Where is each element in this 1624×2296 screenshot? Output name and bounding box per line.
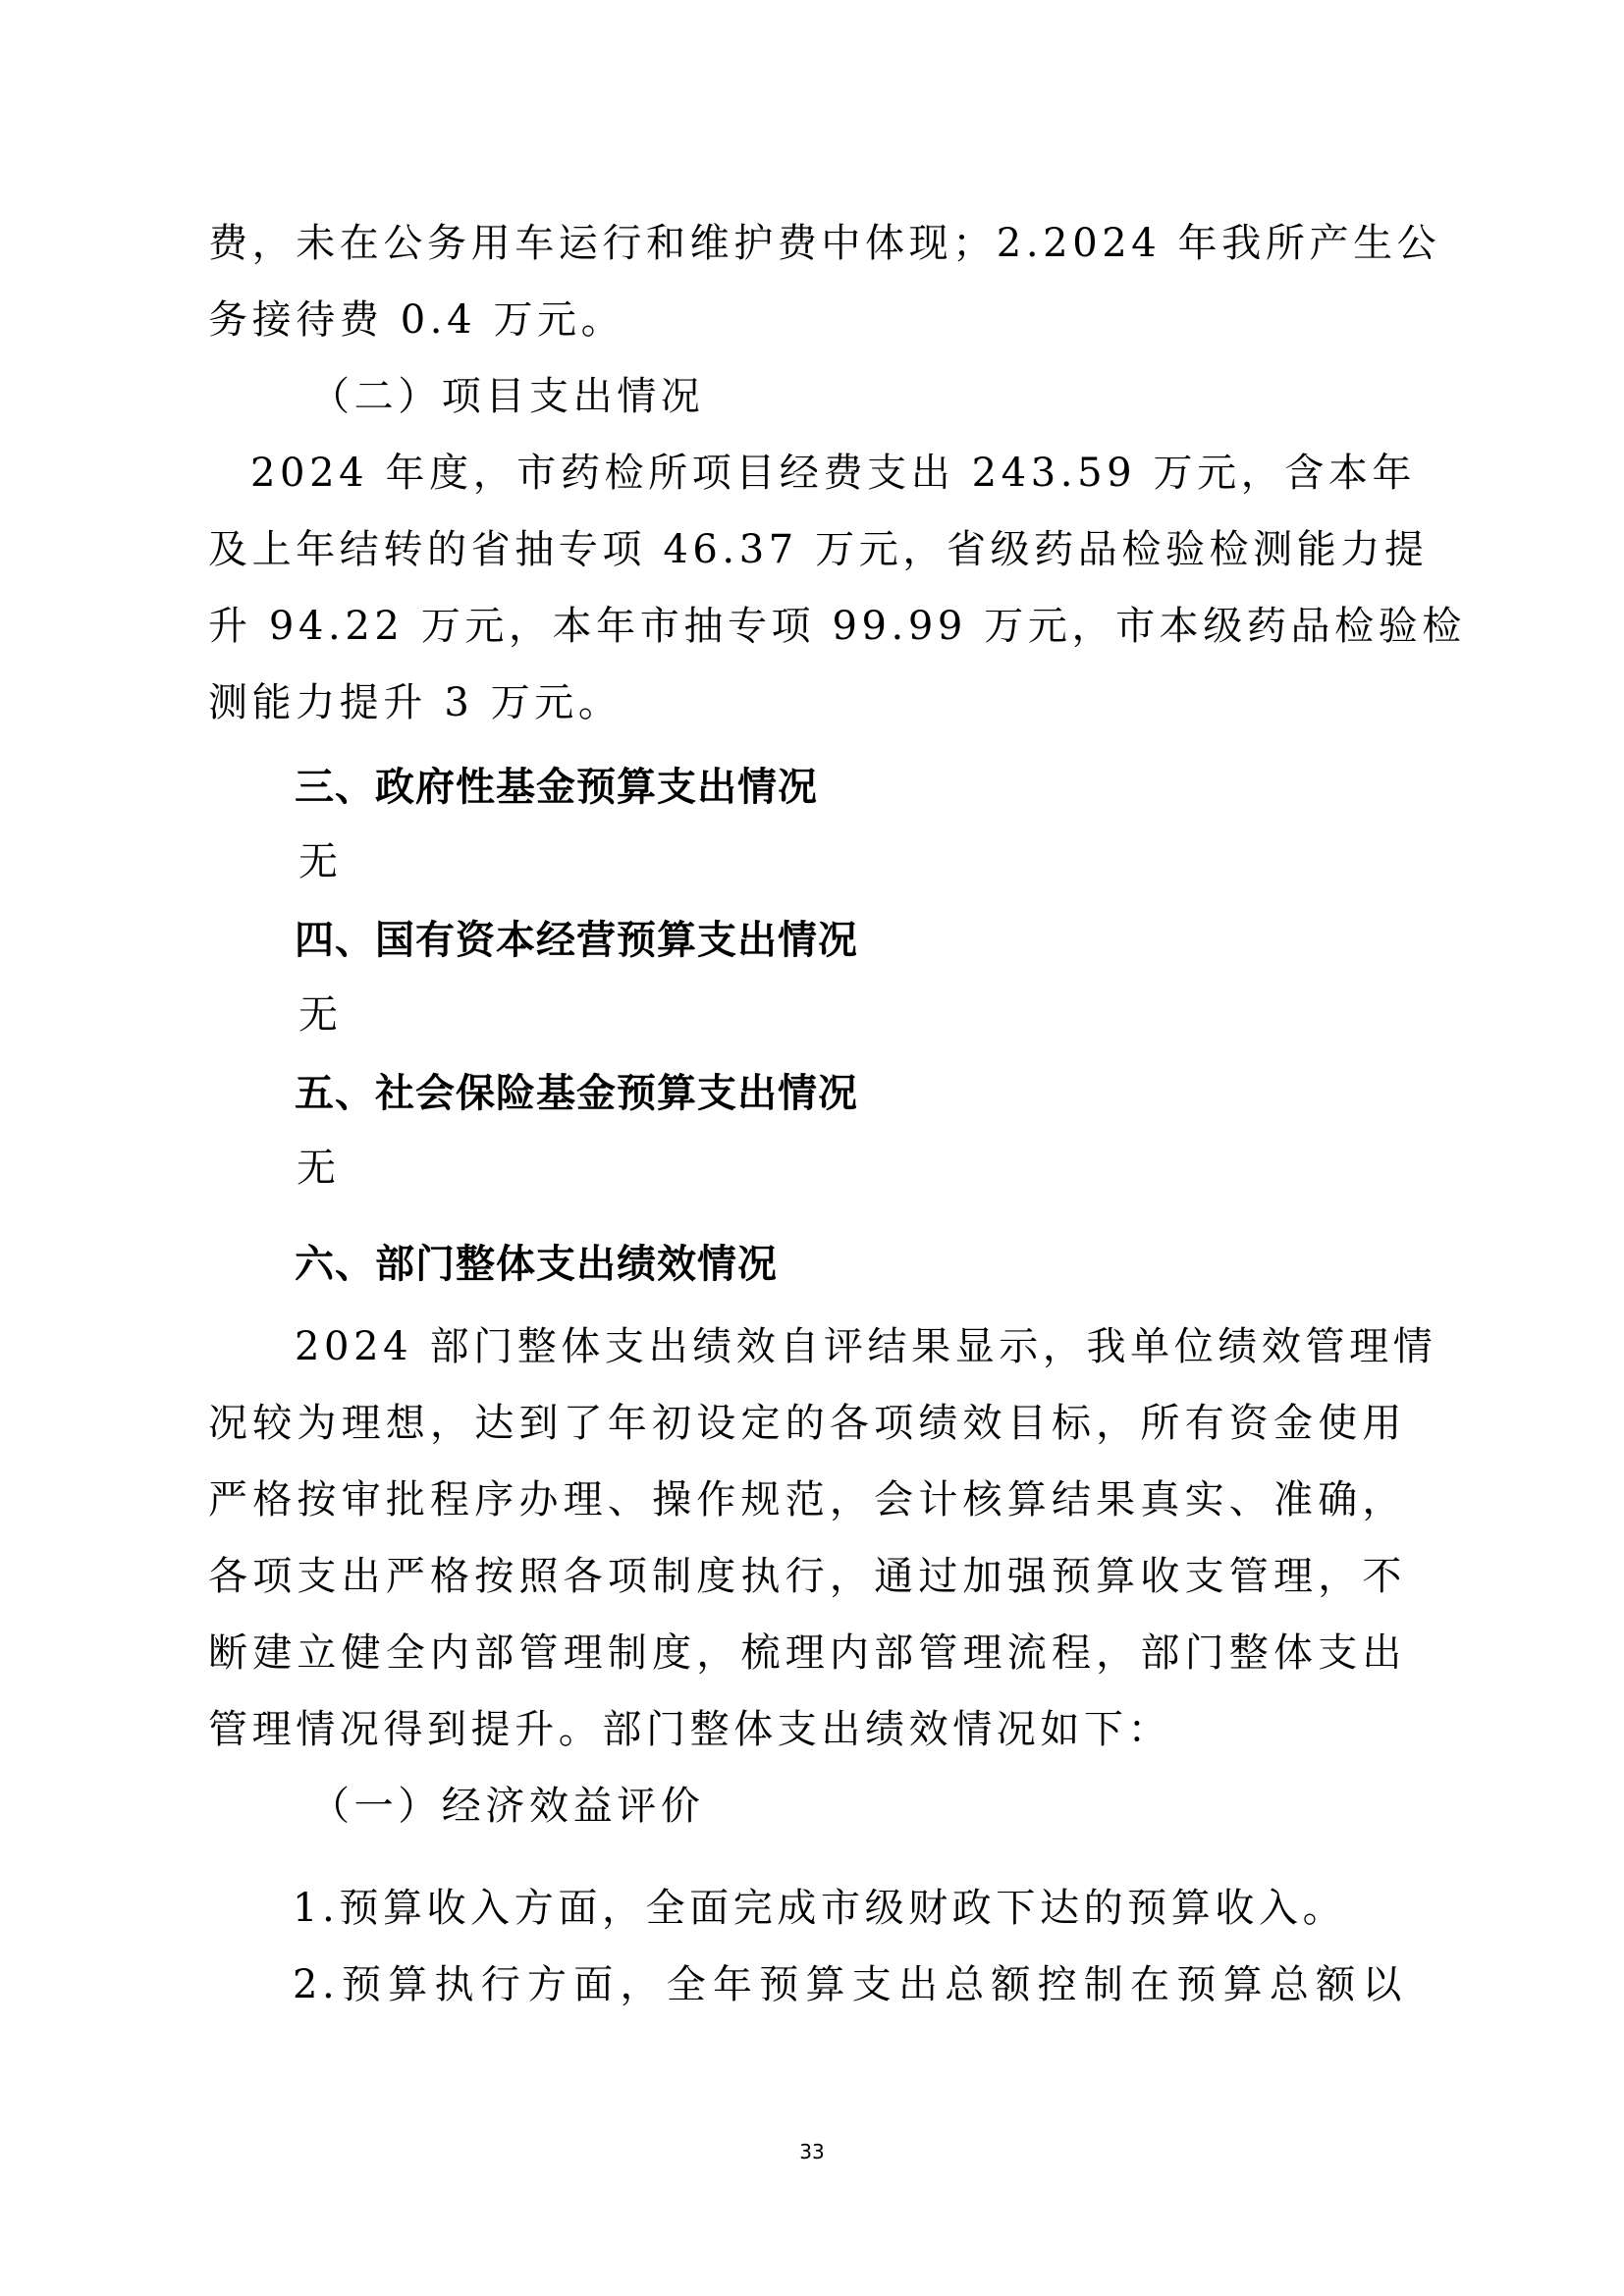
none-text: 无 (297, 1143, 1494, 1194)
subheading-economic-benefit: （一）经济效益评价 (310, 1781, 1508, 1832)
body-text-line: 况较为理想，达到了年初设定的各项绩效目标，所有资金使用 (208, 1398, 1406, 1449)
body-text-line: 费，未在公务用车运行和维护费中体现；2.2024 年我所产生公 (208, 218, 1406, 269)
list-item: 2.预算执行方面，全年预算支出总额控制在预算总额以 (293, 1959, 1406, 2010)
body-text-line: 2024 年度，市药检所项目经费支出 243.59 万元，含本年 (250, 448, 1406, 499)
section-heading-performance: 六、部门整体支出绩效情况 (295, 1239, 1492, 1290)
body-text-line: 断建立健全内部管理制度，梳理内部管理流程，部门整体支出 (208, 1628, 1406, 1679)
section-heading-social-insurance: 五、社会保险基金预算支出情况 (295, 1068, 1492, 1119)
body-text-line: 严格按审批程序办理、操作规范，会计核算结果真实、准确， (208, 1474, 1406, 1525)
body-text-line: 及上年结转的省抽专项 46.37 万元，省级药品检验检测能力提 (208, 524, 1406, 575)
body-text-line: 各项支出严格按照各项制度执行，通过加强预算收支管理，不 (208, 1551, 1406, 1602)
none-text: 无 (298, 989, 1496, 1041)
body-text-line: 测能力提升 3 万元。 (208, 677, 1406, 728)
list-item: 1.预算收入方面，全面完成市级财政下达的预算收入。 (293, 1883, 1490, 1934)
body-text-line: 管理情况得到提升。部门整体支出绩效情况如下： (208, 1704, 1406, 1755)
body-text-line: 2024 部门整体支出绩效自评结果显示，我单位绩效管理情 (295, 1321, 1406, 1372)
body-text-line: 升 94.22 万元，本年市抽专项 99.99 万元，市本级药品检验检 (208, 601, 1406, 652)
section-heading-government-fund: 三、政府性基金预算支出情况 (295, 762, 1492, 813)
document-page: 费，未在公务用车运行和维护费中体现；2.2024 年我所产生公 务接待费 0.4… (0, 0, 1624, 2296)
body-text-line: 务接待费 0.4 万元。 (208, 294, 1406, 346)
page-number: 33 (0, 2140, 1624, 2163)
section-heading-state-capital: 四、国有资本经营预算支出情况 (295, 915, 1492, 966)
none-text: 无 (298, 836, 1496, 887)
subheading-project-expenditure: （二）项目支出情况 (310, 371, 1508, 422)
